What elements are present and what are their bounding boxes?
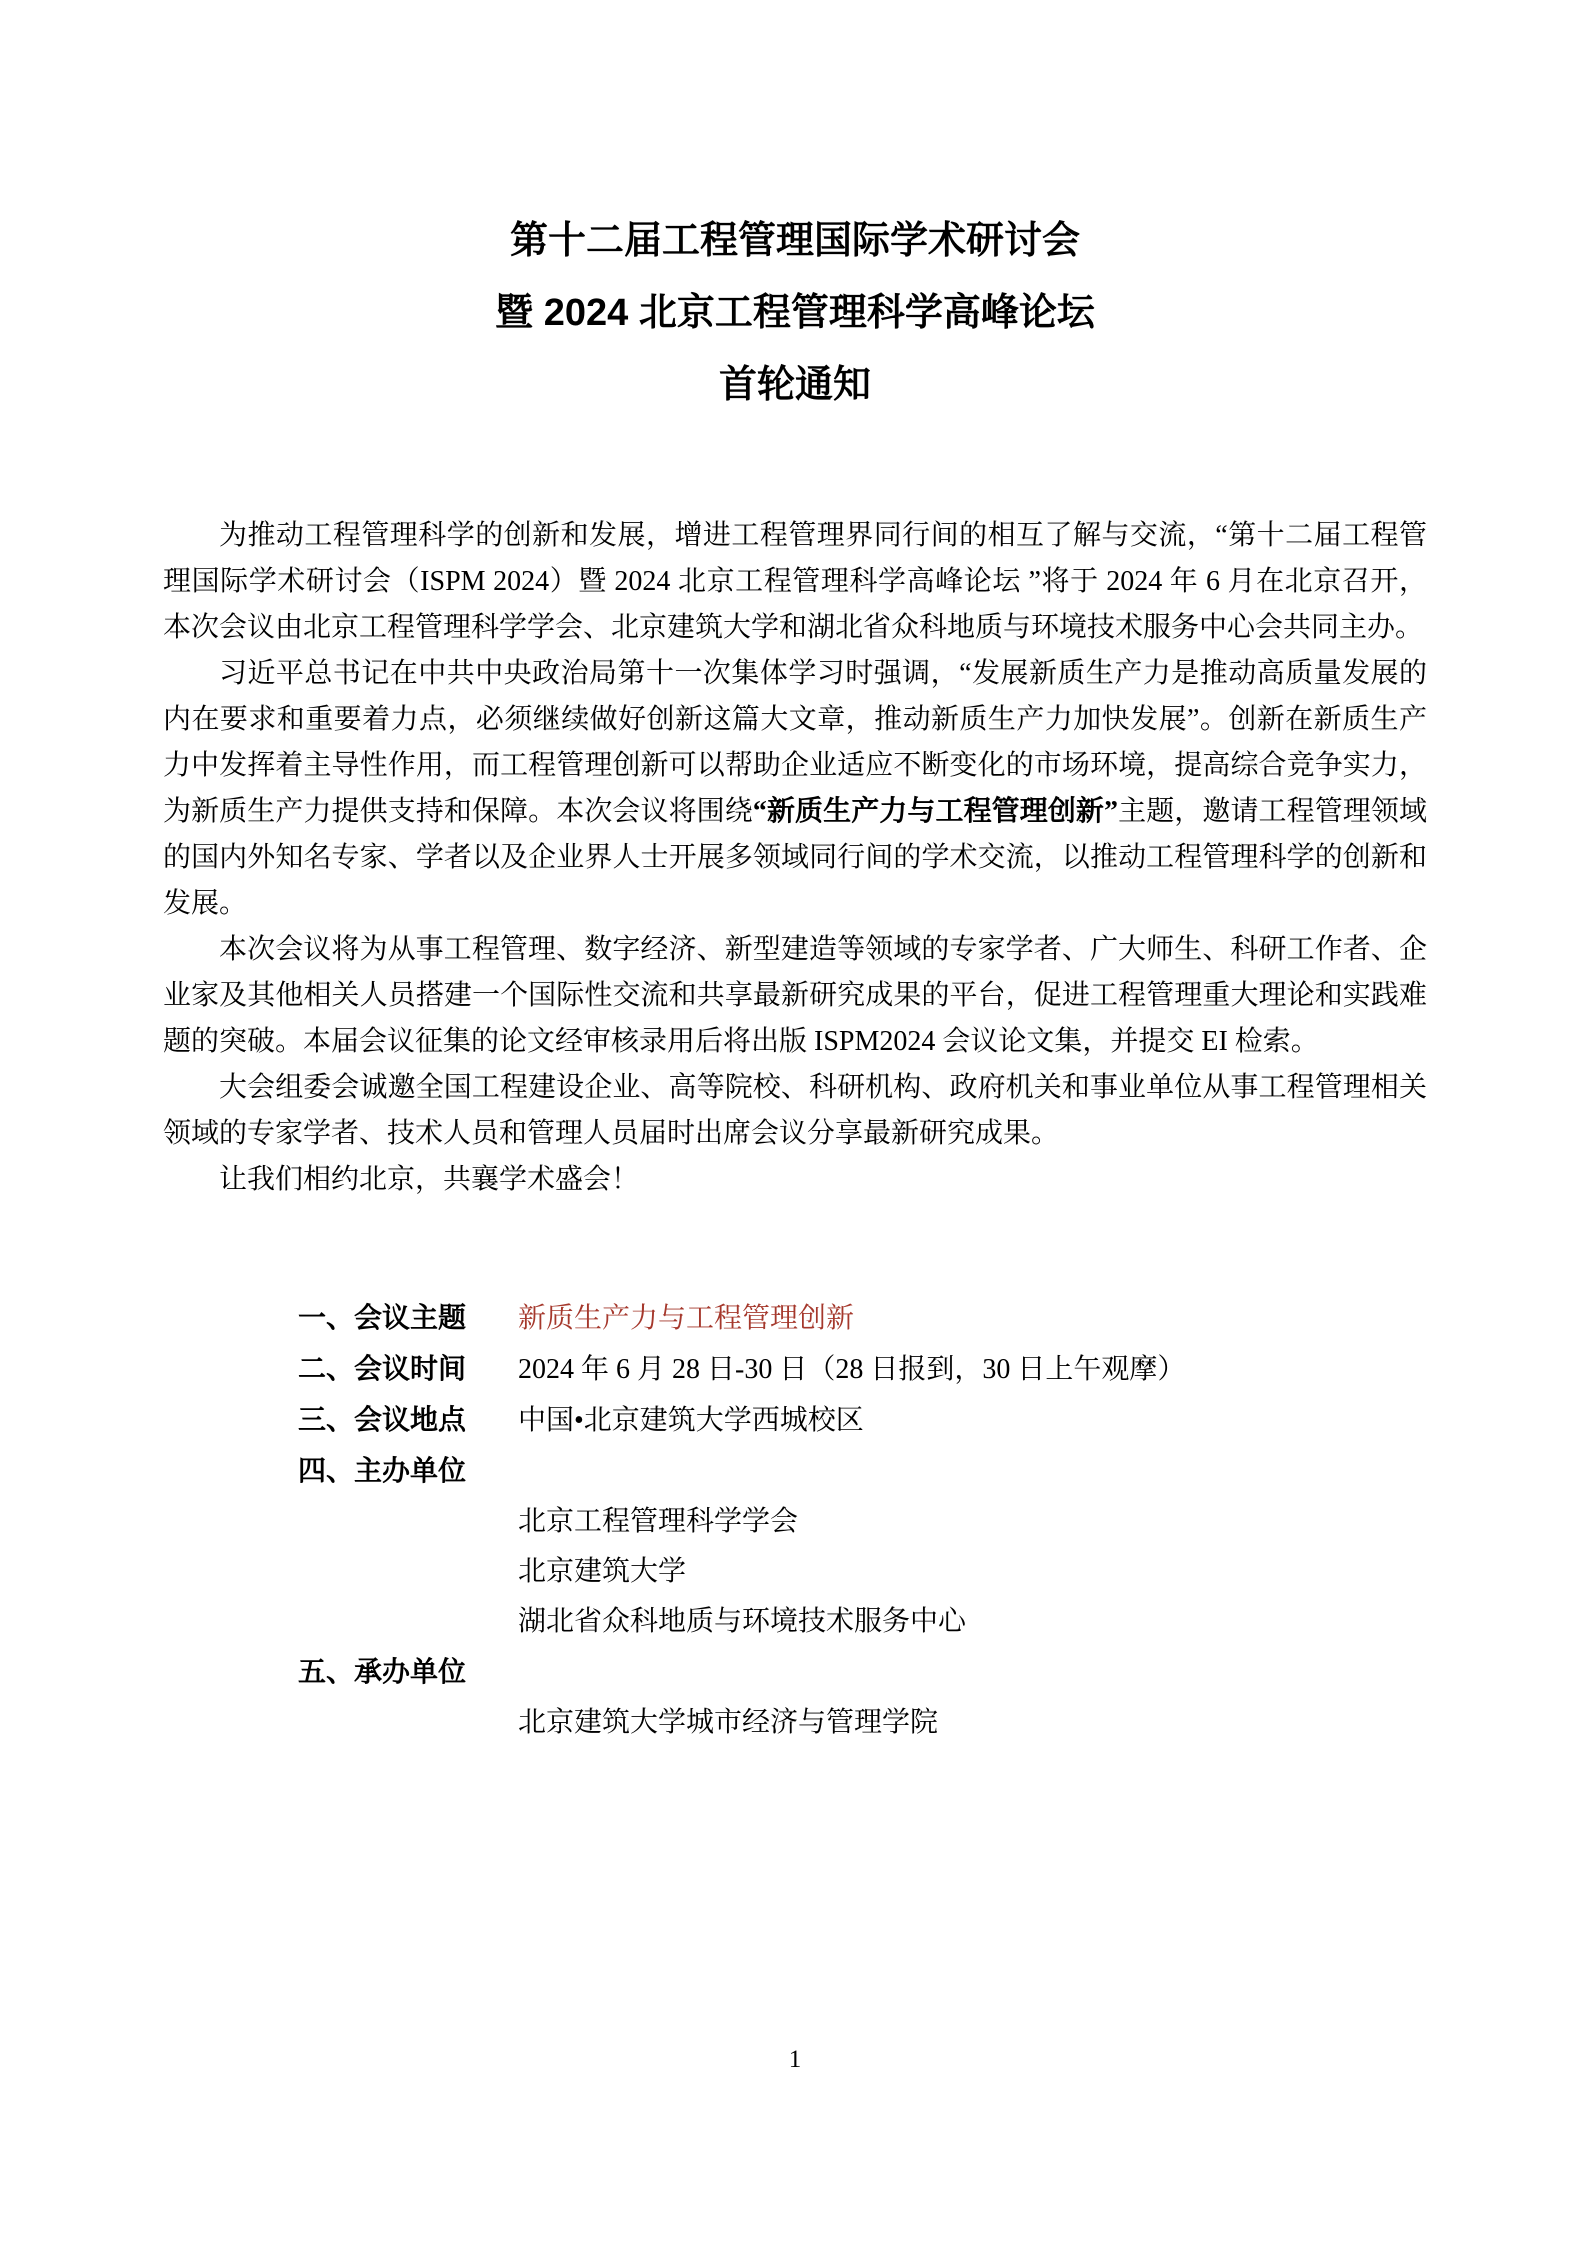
info-item-theme: 一、会议主题新质生产力与工程管理创新	[163, 1293, 1427, 1344]
info-item-hosts-label: 四、主办单位	[298, 1446, 518, 1496]
info-item-time-label: 二、会议时间	[298, 1344, 518, 1394]
title-line-1: 第十二届工程管理国际学术研讨会	[163, 205, 1427, 277]
document-body: 为推动工程管理科学的创新和发展，增进工程管理界同行间的相互了解与交流，“第十二届…	[163, 513, 1427, 1203]
document-page: 第十二届工程管理国际学术研讨会 暨 2024 北京工程管理科学高峰论坛 首轮通知…	[163, 0, 1427, 2245]
paragraph-platform: 本次会议将为从事工程管理、数字经济、新型建造等领域的专家学者、广大师生、科研工作…	[163, 927, 1427, 1065]
conference-info-list: 一、会议主题新质生产力与工程管理创新 二、会议时间2024 年 6 月 28 日…	[163, 1293, 1427, 1748]
organizer-org-1: 北京建筑大学城市经济与管理学院	[163, 1698, 1427, 1748]
info-item-organizer-label: 五、承办单位	[298, 1647, 518, 1697]
info-item-organizer: 五、承办单位	[163, 1647, 1427, 1698]
host-org-2: 北京建筑大学	[163, 1547, 1427, 1597]
paragraph-closing: 让我们相约北京，共襄学术盛会！	[163, 1157, 1427, 1203]
info-item-location-label: 三、会议地点	[298, 1395, 518, 1445]
info-item-hosts: 四、主办单位	[163, 1446, 1427, 1497]
info-item-theme-value: 新质生产力与工程管理创新	[518, 1303, 854, 1334]
page-number: 1	[163, 2042, 1427, 2078]
paragraph-theme: 习近平总书记在中共中央政治局第十一次集体学习时强调，“发展新质生产力是推动高质量…	[163, 651, 1427, 927]
document-title: 第十二届工程管理国际学术研讨会 暨 2024 北京工程管理科学高峰论坛 首轮通知	[163, 0, 1427, 421]
paragraph-theme-bold-phrase: “新质生产力与工程管理创新”	[753, 796, 1118, 827]
title-line-2: 暨 2024 北京工程管理科学高峰论坛	[163, 277, 1427, 349]
info-item-time-value: 2024 年 6 月 28 日-30 日（28 日报到，30 日上午观摩）	[518, 1354, 1185, 1385]
info-item-time: 二、会议时间2024 年 6 月 28 日-30 日（28 日报到，30 日上午…	[163, 1344, 1427, 1395]
paragraph-intro: 为推动工程管理科学的创新和发展，增进工程管理界同行间的相互了解与交流，“第十二届…	[163, 513, 1427, 651]
title-line-3: 首轮通知	[163, 349, 1427, 421]
info-item-location-value: 中国•北京建筑大学西城校区	[518, 1405, 864, 1436]
paragraph-invitation: 大会组委会诚邀全国工程建设企业、高等院校、科研机构、政府机关和事业单位从事工程管…	[163, 1065, 1427, 1157]
info-item-location: 三、会议地点中国•北京建筑大学西城校区	[163, 1395, 1427, 1446]
info-item-theme-label: 一、会议主题	[298, 1293, 518, 1343]
host-org-1: 北京工程管理科学学会	[163, 1497, 1427, 1547]
host-org-3: 湖北省众科地质与环境技术服务中心	[163, 1597, 1427, 1647]
